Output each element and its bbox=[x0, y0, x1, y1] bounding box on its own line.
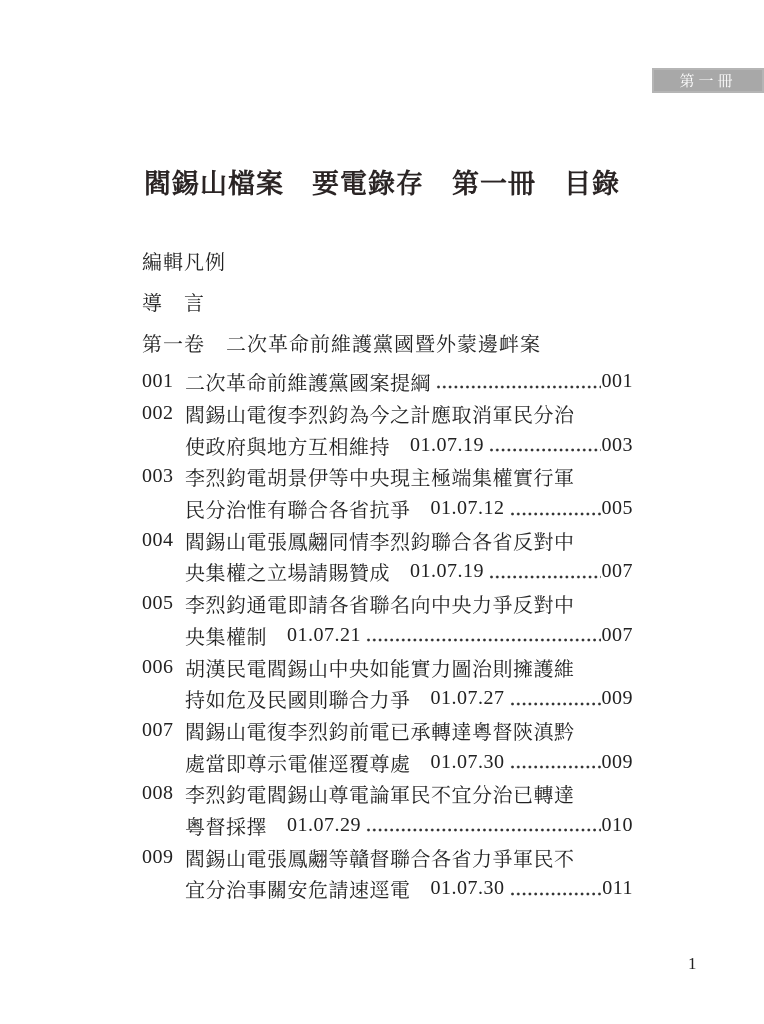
toc-entry: 002 閻錫山電復李烈鈞為今之計應取消軍民分治 使政府與地方互相維持 01.07… bbox=[142, 398, 633, 461]
entry-date: 01.07.30 bbox=[431, 877, 505, 900]
entry-date: 01.07.29 bbox=[287, 814, 361, 837]
dot-leader bbox=[436, 384, 601, 390]
entry-number: 002 bbox=[142, 398, 185, 430]
entry-line: 使政府與地方互相維持 01.07.19 003 bbox=[185, 429, 633, 461]
entry-line: 胡漢民電閻錫山中央如能實力圖治則擁護維 bbox=[185, 651, 633, 683]
front-matter-item-volume1-heading: 第一卷 二次革命前維護黨國暨外蒙邊衅案 bbox=[142, 322, 642, 363]
entry-title-continuation: 央集權之立場請賜贊成 bbox=[185, 557, 390, 586]
entry-date: 01.07.30 bbox=[431, 751, 505, 774]
entry-date: 01.07.21 bbox=[287, 624, 361, 647]
entry-number: 001 bbox=[142, 366, 185, 398]
entry-date: 01.07.12 bbox=[431, 497, 505, 520]
volume-badge-label: 第一冊 bbox=[679, 70, 736, 91]
entry-line: 粵督採擇 01.07.29 010 bbox=[185, 810, 633, 842]
entry-title-text: 李烈鈞電閻錫山尊電論軍民不宜分治已轉達 bbox=[185, 779, 575, 808]
dot-leader bbox=[366, 827, 601, 833]
entry-title-text: 李烈鈞通電即請各省聯名向中央力爭反對中 bbox=[185, 589, 575, 618]
entry-number: 003 bbox=[142, 461, 185, 493]
entry-title-text: 閻錫山電復李烈鈞前電已承轉達粵督陝滇黔 bbox=[185, 716, 575, 745]
toc-entry: 004 閻錫山電張鳳翽同情李烈鈞聯合各省反對中 央集權之立場請賜贊成 01.07… bbox=[142, 524, 633, 587]
entry-body: 李烈鈞電胡景伊等中央現主極端集權實行軍 民分治惟有聯合各省抗爭 01.07.12… bbox=[185, 461, 633, 524]
toc-entry: 005 李烈鈞通電即請各省聯名向中央力爭反對中 央集權制 01.07.21 00… bbox=[142, 588, 633, 651]
entry-line: 李烈鈞電胡景伊等中央現主極端集權實行軍 bbox=[185, 461, 633, 493]
dot-leader bbox=[510, 701, 601, 707]
entry-title-text: 閻錫山電復李烈鈞為今之計應取消軍民分治 bbox=[185, 399, 575, 428]
toc-entry: 003 李烈鈞電胡景伊等中央現主極端集權實行軍 民分治惟有聯合各省抗爭 01.0… bbox=[142, 461, 633, 524]
entry-page-number: 009 bbox=[602, 687, 634, 710]
entry-title-text: 二次革命前維護黨國案提綱 bbox=[185, 367, 431, 396]
entry-page-number: 003 bbox=[602, 434, 634, 457]
dot-leader bbox=[366, 637, 601, 643]
entry-body: 閻錫山電張鳳翽同情李烈鈞聯合各省反對中 央集權之立場請賜贊成 01.07.19 … bbox=[185, 524, 633, 587]
dot-leader bbox=[489, 574, 601, 580]
entry-title-continuation: 民分治惟有聯合各省抗爭 bbox=[185, 494, 411, 523]
entry-body: 李烈鈞通電即請各省聯名向中央力爭反對中 央集權制 01.07.21 007 bbox=[185, 588, 633, 651]
entry-title-text: 閻錫山電張鳳翽等贛督聯合各省力爭軍民不 bbox=[185, 843, 575, 872]
entry-title-continuation: 粵督採擇 bbox=[185, 811, 267, 840]
entry-line: 李烈鈞通電即請各省聯名向中央力爭反對中 bbox=[185, 588, 633, 620]
toc-entry: 006 胡漢民電閻錫山中央如能實力圖治則擁護維 持如危及民國則聯合力爭 01.0… bbox=[142, 651, 633, 714]
entry-date: 01.07.27 bbox=[431, 687, 505, 710]
entry-number: 009 bbox=[142, 841, 185, 873]
entry-page-number: 005 bbox=[602, 497, 634, 520]
entry-title-continuation: 使政府與地方互相維持 bbox=[185, 431, 390, 460]
entry-body: 閻錫山電張鳳翽等贛督聯合各省力爭軍民不 宜分治事關安危請速逕電 01.07.30… bbox=[185, 841, 633, 904]
toc-entry: 007 閻錫山電復李烈鈞前電已承轉達粵督陝滇黔 處當即尊示電催逕覆尊處 01.0… bbox=[142, 715, 633, 778]
entry-page-number: 007 bbox=[602, 624, 634, 647]
entry-line: 李烈鈞電閻錫山尊電論軍民不宜分治已轉達 bbox=[185, 778, 633, 810]
entry-title-continuation: 處當即尊示電催逕覆尊處 bbox=[185, 748, 411, 777]
folio-page-number: 1 bbox=[688, 954, 697, 974]
front-matter-item-introduction: 導 言 bbox=[142, 281, 642, 322]
entry-number: 004 bbox=[142, 524, 185, 556]
entry-body: 閻錫山電復李烈鈞前電已承轉達粵督陝滇黔 處當即尊示電催逕覆尊處 01.07.30… bbox=[185, 715, 633, 778]
entry-body: 胡漢民電閻錫山中央如能實力圖治則擁護維 持如危及民國則聯合力爭 01.07.27… bbox=[185, 651, 633, 714]
entry-line: 閻錫山電張鳳翽等贛督聯合各省力爭軍民不 bbox=[185, 841, 633, 873]
toc-entry: 001 二次革命前維護黨國案提綱 001 bbox=[142, 366, 633, 398]
entry-line: 閻錫山電張鳳翽同情李烈鈞聯合各省反對中 bbox=[185, 524, 633, 556]
entry-page-number: 007 bbox=[602, 560, 634, 583]
entry-line: 持如危及民國則聯合力爭 01.07.27 009 bbox=[185, 683, 633, 715]
entry-page-number: 001 bbox=[602, 370, 634, 393]
entry-number: 008 bbox=[142, 778, 185, 810]
front-matter-item-editorial-notes: 編輯凡例 bbox=[142, 240, 642, 281]
entry-line: 閻錫山電復李烈鈞前電已承轉達粵督陝滇黔 bbox=[185, 715, 633, 747]
front-matter: 編輯凡例 導 言 第一卷 二次革命前維護黨國暨外蒙邊衅案 bbox=[142, 240, 642, 363]
entry-line: 處當即尊示電催逕覆尊處 01.07.30 009 bbox=[185, 746, 633, 778]
table-of-contents: 001 二次革命前維護黨國案提綱 001 002 閻錫山電復李烈鈞為今之計應取消… bbox=[142, 366, 633, 905]
toc-entry: 008 李烈鈞電閻錫山尊電論軍民不宜分治已轉達 粵督採擇 01.07.29 01… bbox=[142, 778, 633, 841]
entry-line: 宜分治事關安危請速逕電 01.07.30 011 bbox=[185, 873, 633, 905]
entry-title-continuation: 央集權制 bbox=[185, 621, 267, 650]
entry-line: 央集權制 01.07.21 007 bbox=[185, 620, 633, 652]
entry-title-continuation: 持如危及民國則聯合力爭 bbox=[185, 684, 411, 713]
entry-body: 李烈鈞電閻錫山尊電論軍民不宜分治已轉達 粵督採擇 01.07.29 010 bbox=[185, 778, 633, 841]
dot-leader bbox=[510, 764, 601, 770]
entry-number: 005 bbox=[142, 588, 185, 620]
entry-line: 閻錫山電復李烈鈞為今之計應取消軍民分治 bbox=[185, 398, 633, 430]
entry-line: 央集權之立場請賜贊成 01.07.19 007 bbox=[185, 556, 633, 588]
entry-date: 01.07.19 bbox=[410, 434, 484, 457]
entry-title-text: 閻錫山電張鳳翽同情李烈鈞聯合各省反對中 bbox=[185, 526, 575, 555]
toc-entry: 009 閻錫山電張鳳翽等贛督聯合各省力爭軍民不 宜分治事關安危請速逕電 01.0… bbox=[142, 841, 633, 904]
volume-badge: 第一冊 bbox=[652, 68, 764, 93]
page-title: 閻錫山檔案 要電錄存 第一冊 目錄 bbox=[0, 164, 764, 204]
entry-date: 01.07.19 bbox=[410, 560, 484, 583]
entry-body: 二次革命前維護黨國案提綱 001 bbox=[185, 366, 633, 398]
entry-title-text: 李烈鈞電胡景伊等中央現主極端集權實行軍 bbox=[185, 462, 575, 491]
document-page: 第一冊 閻錫山檔案 要電錄存 第一冊 目錄 編輯凡例 導 言 第一卷 二次革命前… bbox=[0, 0, 764, 1024]
entry-page-number: 009 bbox=[602, 751, 634, 774]
dot-leader bbox=[489, 447, 601, 453]
entry-body: 閻錫山電復李烈鈞為今之計應取消軍民分治 使政府與地方互相維持 01.07.19 … bbox=[185, 398, 633, 461]
entry-number: 007 bbox=[142, 715, 185, 747]
entry-page-number: 010 bbox=[602, 814, 634, 837]
entry-title-text: 胡漢民電閻錫山中央如能實力圖治則擁護維 bbox=[185, 653, 575, 682]
dot-leader bbox=[510, 891, 602, 897]
dot-leader bbox=[510, 511, 601, 517]
entry-page-number: 011 bbox=[602, 877, 633, 900]
entry-line: 民分治惟有聯合各省抗爭 01.07.12 005 bbox=[185, 493, 633, 525]
entry-line: 二次革命前維護黨國案提綱 001 bbox=[185, 366, 633, 398]
entry-number: 006 bbox=[142, 651, 185, 683]
entry-title-continuation: 宜分治事關安危請速逕電 bbox=[185, 874, 411, 903]
